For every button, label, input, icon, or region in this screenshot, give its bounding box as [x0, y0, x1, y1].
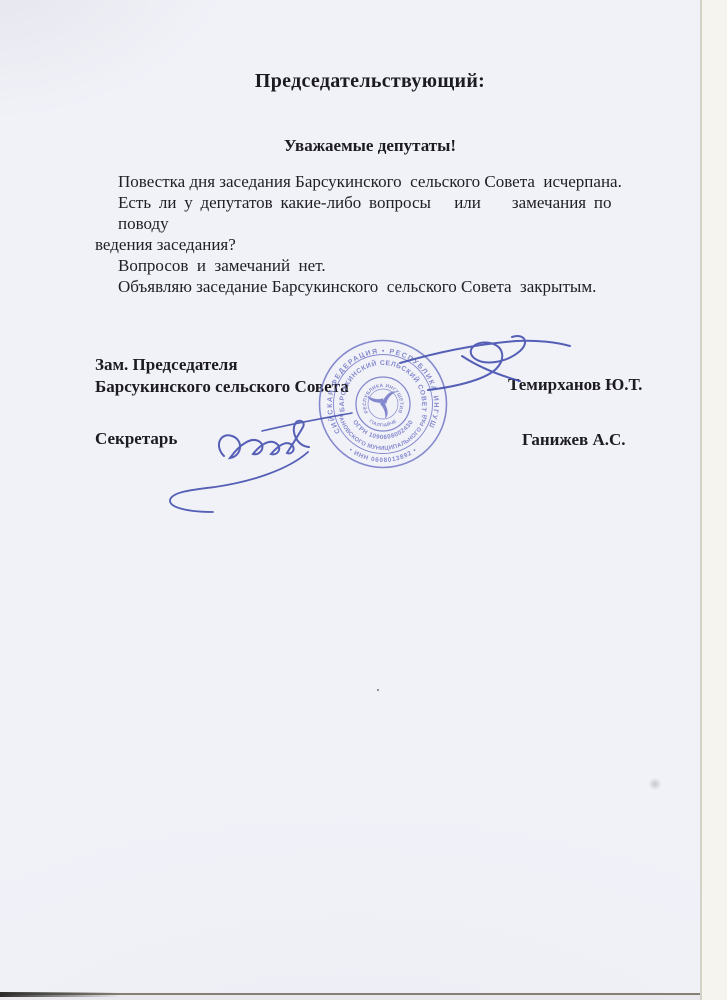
body-line: Объявляю заседание Барсукинского сельско… [95, 276, 647, 297]
page-title: Председательствующий: [95, 70, 645, 93]
salutation-line: Уважаемые депутаты! [95, 136, 645, 156]
scanned-document-page: Председательствующий: Уважаемые депутаты… [0, 0, 727, 1000]
signatory-name-temirkhanov: Темирханов Ю.Т. [508, 375, 642, 395]
body-line: Повестка дня заседания Барсукинского сел… [95, 171, 647, 192]
body-line: Есть ли у депутатов какие-либо вопросы и… [95, 192, 647, 234]
body-paragraphs: Повестка дня заседания Барсукинского сел… [95, 171, 647, 297]
signatory-role-deputy-chairman-line1: Зам. Председателя [95, 355, 238, 375]
scan-speck [377, 689, 379, 691]
scanner-background-right [700, 0, 727, 1000]
signatory-role-deputy-chairman-line2: Барсукинского сельского Совета [95, 377, 349, 397]
signatory-name-ganizhev: Ганижев А.С. [522, 430, 626, 450]
body-line: Вопросов и замечаний нет. [95, 255, 647, 276]
body-line: ведения заседания? [95, 234, 647, 255]
scan-smudge [648, 778, 662, 790]
scan-bottom-edge-shadow [0, 992, 120, 997]
signatory-role-secretary: Секретарь [95, 429, 177, 449]
